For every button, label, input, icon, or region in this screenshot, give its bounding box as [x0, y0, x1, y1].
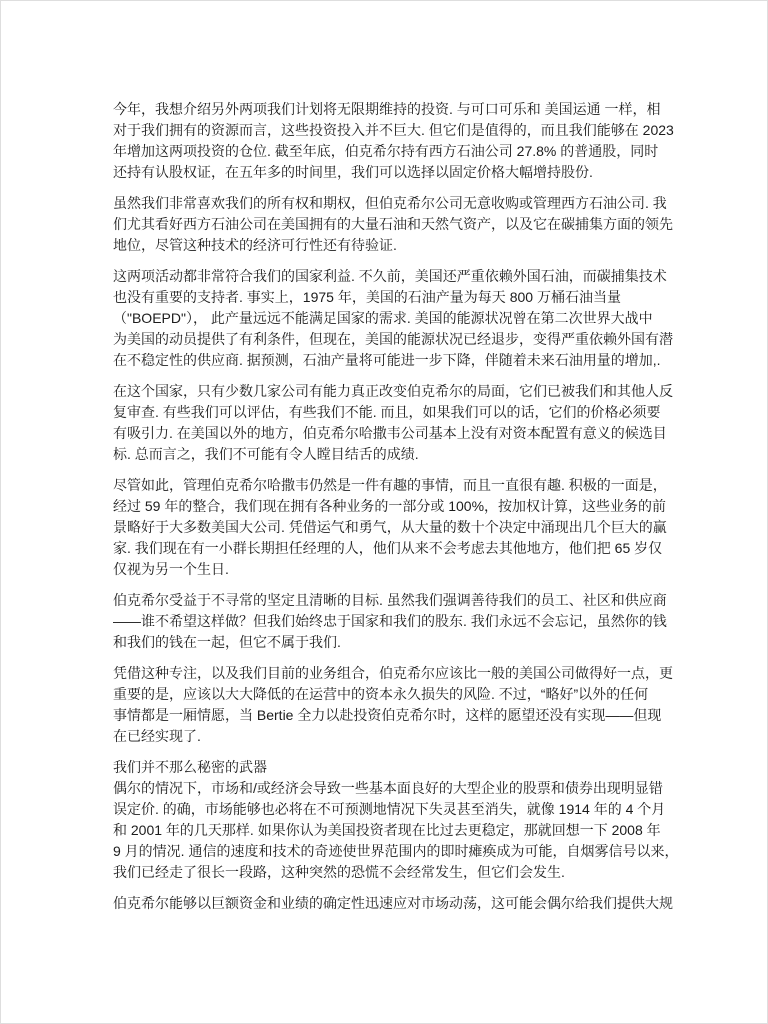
- paragraph: 伯克希尔受益于不寻常的坚定且清晰的目标. 虽然我们强调善待我们的员工、社区和供应…: [113, 590, 661, 653]
- section-heading: 我们并不那么秘密的武器: [113, 757, 661, 778]
- text-line: 伯克希尔能够以巨额资金和业绩的确定性迅速应对市场动荡，这可能会偶尔给我们提供大规: [113, 893, 661, 914]
- text-line: 在不稳定性的供应商. 据预测，石油产量将可能进一步下降，伴随着未来石油用量的增加…: [113, 350, 661, 371]
- text-line: 地位，尽管这种技术的经济可行性还有待验证.: [113, 235, 661, 256]
- text-line: 我们并不那么秘密的武器: [113, 757, 661, 778]
- text-line: 和 2001 年的几天那样. 如果你认为美国投资者现在比过去更稳定，那就回想一下…: [113, 820, 661, 841]
- paragraph: 伯克希尔能够以巨额资金和业绩的确定性迅速应对市场动荡，这可能会偶尔给我们提供大规: [113, 893, 661, 914]
- text-line: 仅视为另一个生日.: [113, 559, 661, 580]
- text-line: 复审查. 有些我们可以评估，有些我们不能. 而且，如果我们可以的话，它们的价格必…: [113, 402, 661, 423]
- text-line: 标. 总而言之，我们不可能有令人瞠目结舌的成绩.: [113, 444, 661, 465]
- text-line: 景略好于大多数美国大公司. 凭借运气和勇气，从大量的数十个决定中涌现出几个巨大的…: [113, 517, 661, 538]
- text-line: 们尤其看好西方石油公司在美国拥有的大量石油和天然气资产，以及它在碳捕集方面的领先: [113, 214, 661, 235]
- text-line: 9 月的情况. 通信的速度和技术的奇迹使世界范围内的即时瘫痪成为可能，自烟雾信号…: [113, 841, 661, 862]
- text-line: 家. 我们现在有一小群长期担任经理的人，他们从来不会考虑去其他地方，他们把 65…: [113, 538, 661, 559]
- paragraph: 在这个国家，只有少数几家公司有能力真正改变伯克希尔的局面，它们已被我们和其他人反…: [113, 381, 661, 465]
- text-line: 我们已经走了很长一段路，这种突然的恐慌不会经常发生，但它们会发生.: [113, 862, 661, 883]
- text-line: （"BOEPD"）， 此产量远远不能满足国家的需求. 美国的能源状况曾在第二次世…: [113, 308, 661, 329]
- text-line: 尽管如此，管理伯克希尔哈撒韦仍然是一件有趣的事情，而且一直很有趣. 积极的一面是…: [113, 475, 661, 496]
- paragraph: 尽管如此，管理伯克希尔哈撒韦仍然是一件有趣的事情，而且一直很有趣. 积极的一面是…: [113, 475, 661, 580]
- paragraph: 这两项活动都非常符合我们的国家利益. 不久前，美国还严重依赖外国石油，而碳捕集技…: [113, 266, 661, 371]
- text-line: 为美国的动员提供了有利条件，但现在，美国的能源状况已经退步，变得严重依赖外国有潜: [113, 329, 661, 350]
- text-line: 对于我们拥有的资源而言，这些投资投入并不巨大. 但它们是值得的，而且我们能够在 …: [113, 120, 661, 141]
- text-line: 有吸引力. 在美国以外的地方，伯克希尔哈撒韦公司基本上没有对资本配置有意义的候选…: [113, 423, 661, 444]
- paragraph: 凭借这种专注，以及我们目前的业务组合，伯克希尔应该比一般的美国公司做得好一点，更…: [113, 663, 661, 747]
- text-line: 也没有重要的支持者. 事实上，1975 年，美国的石油产量为每天 800 万桶石…: [113, 287, 661, 308]
- document-page: 今年，我想介绍另外两项我们计划将无限期维持的投资. 与可口可乐和 美国运通 一样…: [0, 0, 768, 1024]
- paragraph: 今年，我想介绍另外两项我们计划将无限期维持的投资. 与可口可乐和 美国运通 一样…: [113, 99, 661, 183]
- paragraph: 偶尔的情况下，市场和/或经济会导致一些基本面良好的大型企业的股票和债券出现明显错…: [113, 778, 661, 883]
- text-line: 还持有认股权证，在五年多的时间里，我们可以选择以固定价格大幅增持股份.: [113, 162, 661, 183]
- paragraph: 虽然我们非常喜欢我们的所有权和期权，但伯克希尔公司无意收购或管理西方石油公司. …: [113, 193, 661, 256]
- text-line: 经过 59 年的整合，我们现在拥有各种业务的一部分或 100%，按加权计算，这些…: [113, 496, 661, 517]
- text-line: 偶尔的情况下，市场和/或经济会导致一些基本面良好的大型企业的股票和债券出现明显错: [113, 778, 661, 799]
- text-line: 重要的是，应该以大大降低的在运营中的资本永久损失的风险. 不过，“略好”以外的任…: [113, 684, 661, 705]
- text-line: 年增加这两项投资的仓位. 截至年底，伯克希尔持有西方石油公司 27.8% 的普通…: [113, 141, 661, 162]
- document-text-column: 今年，我想介绍另外两项我们计划将无限期维持的投资. 与可口可乐和 美国运通 一样…: [113, 99, 661, 924]
- text-line: 这两项活动都非常符合我们的国家利益. 不久前，美国还严重依赖外国石油，而碳捕集技…: [113, 266, 661, 287]
- text-line: 在已经实现了.: [113, 726, 661, 747]
- text-line: 虽然我们非常喜欢我们的所有权和期权，但伯克希尔公司无意收购或管理西方石油公司. …: [113, 193, 661, 214]
- text-line: 在这个国家，只有少数几家公司有能力真正改变伯克希尔的局面，它们已被我们和其他人反: [113, 381, 661, 402]
- text-line: 凭借这种专注，以及我们目前的业务组合，伯克希尔应该比一般的美国公司做得好一点，更: [113, 663, 661, 684]
- text-line: 事情都是一厢情愿，当 Bertie 全力以赴投资伯克希尔时，这样的愿望还没有实现…: [113, 705, 661, 726]
- text-line: 误定价. 的确，市场能够也必将在不可预测地情况下失灵甚至消失，就像 1914 年…: [113, 799, 661, 820]
- text-line: 和我们的钱在一起，但它不属于我们.: [113, 632, 661, 653]
- text-line: 今年，我想介绍另外两项我们计划将无限期维持的投资. 与可口可乐和 美国运通 一样…: [113, 99, 661, 120]
- text-line: ——谁不希望这样做？但我们始终忠于国家和我们的股东. 我们永远不会忘记，虽然你的…: [113, 611, 661, 632]
- text-line: 伯克希尔受益于不寻常的坚定且清晰的目标. 虽然我们强调善待我们的员工、社区和供应…: [113, 590, 661, 611]
